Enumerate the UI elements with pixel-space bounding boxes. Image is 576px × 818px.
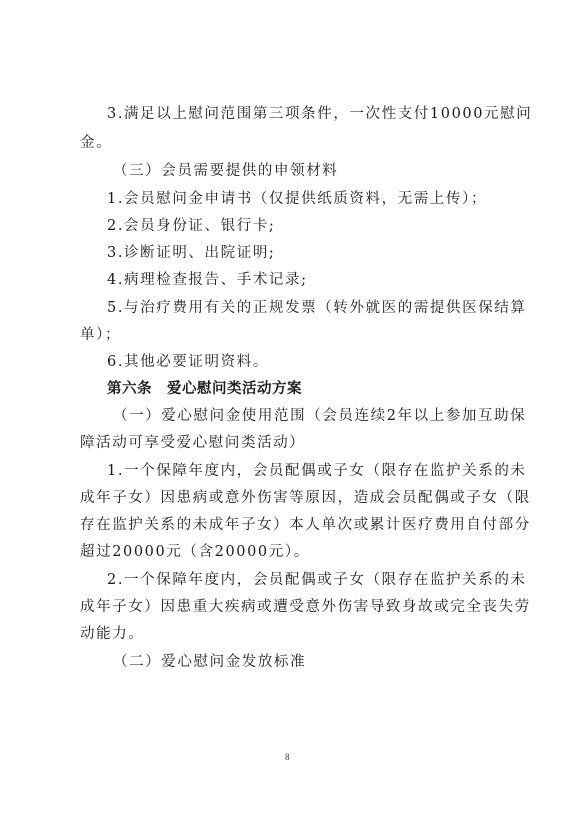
list-item: 5.与治疗费用有关的正规发票（转外就医的需提供医保结算 bbox=[107, 298, 527, 318]
list-item: 1.会员慰问金申请书（仅提供纸质资料，无需上传）； bbox=[107, 189, 487, 209]
paragraph-line: 动能力。 bbox=[80, 624, 144, 644]
paragraph-line: 3.满足以上慰问范围第三项条件，一次性支付10000元慰问 bbox=[107, 104, 532, 124]
list-item: 3.诊断证明、出院证明; bbox=[107, 243, 275, 263]
section-heading: （三）会员需要提供的申领材料 bbox=[113, 161, 338, 181]
section-heading: （一）爱心慰问金使用范围（会员连续2年以上参加互助保 bbox=[113, 406, 526, 426]
list-item: 2.会员身份证、银行卡; bbox=[107, 216, 275, 236]
paragraph-line: 成年子女）因患病或意外伤害等原因，造成会员配偶或子女（限 bbox=[80, 488, 531, 508]
list-item: 4.病理检查报告、手术记录; bbox=[107, 270, 308, 290]
section-heading-continued: 障活动可享受爱心慰问类活动） bbox=[80, 433, 305, 453]
paragraph-line: 金。 bbox=[80, 133, 112, 153]
paragraph-line: 存在监护关系的未成年子女）本人单次或累计医疗费用自付部分 bbox=[80, 515, 531, 535]
paragraph-line: 成年子女）因患重大疾病或遭受意外伤害导致身故或完全丧失劳 bbox=[80, 597, 531, 617]
paragraph-line: 2.一个保障年度内，会员配偶或子女（限存在监护关系的未 bbox=[107, 570, 527, 590]
article-heading: 第六条 爱心慰问类活动方案 bbox=[107, 379, 302, 399]
paragraph-line: 1.一个保障年度内，会员配偶或子女（限存在监护关系的未 bbox=[107, 461, 527, 481]
section-heading: （二）爱心慰问金发放标准 bbox=[113, 652, 306, 672]
list-item: 6.其他必要证明资料。 bbox=[107, 352, 269, 372]
paragraph-line: 超过20000元（含20000元）。 bbox=[80, 542, 310, 562]
page-number: 8 bbox=[285, 752, 290, 762]
list-item-continued: 单）； bbox=[80, 325, 121, 345]
